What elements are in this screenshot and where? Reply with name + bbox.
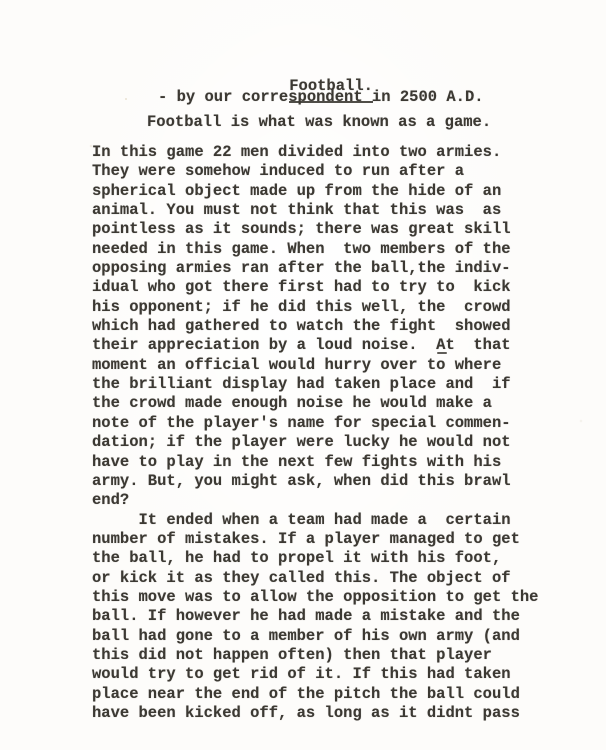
text-line: number of mistakes. If a player managed … bbox=[92, 530, 538, 549]
text-line: opposing armies ran after the ball,the i… bbox=[92, 259, 538, 278]
text-line: the crowd made enough noise he would mak… bbox=[92, 394, 538, 413]
ink-smudge-artifact bbox=[437, 352, 447, 354]
text-line: which had gathered to watch the fight sh… bbox=[92, 317, 538, 336]
paper-specks bbox=[125, 98, 127, 100]
text-line: place near the end of the pitch the ball… bbox=[92, 685, 538, 704]
text-line: this did not happen often) then that pla… bbox=[92, 646, 538, 665]
byline: - by our correspondent in 2500 A.D. bbox=[158, 89, 484, 105]
text-line: It ended when a team had made a certain bbox=[92, 511, 538, 530]
text-line: note of the player's name for special co… bbox=[92, 414, 538, 433]
text-line: end? bbox=[92, 491, 538, 510]
text-line: army. But, you might ask, when did this … bbox=[92, 472, 538, 491]
text-line: animal. You must not think that this was… bbox=[92, 201, 538, 220]
text-line: idual who got there first had to try to … bbox=[92, 278, 538, 297]
subtitle: Football is what was known as a game. bbox=[147, 114, 491, 130]
text-line: pointless as it sounds; there was great … bbox=[92, 220, 538, 239]
text-line: They were somehow induced to run after a bbox=[92, 162, 538, 181]
text-line: moment an official would hurry over to w… bbox=[92, 356, 538, 375]
text-line: their appreciation by a loud noise. At t… bbox=[92, 336, 538, 355]
text-line: his opponent; if he did this well, the c… bbox=[92, 298, 538, 317]
text-line: ball had gone to a member of his own arm… bbox=[92, 627, 538, 646]
text-line: have to play in the next few fights with… bbox=[92, 453, 538, 472]
body-text: In this game 22 men divided into two arm… bbox=[92, 143, 538, 723]
text-line: the ball, he had to propel it with his f… bbox=[92, 549, 538, 568]
text-line: dation; if the player were lucky he woul… bbox=[92, 433, 538, 452]
text-line: In this game 22 men divided into two arm… bbox=[92, 143, 538, 162]
text-line: or kick it as they called this. The obje… bbox=[92, 569, 538, 588]
text-line: needed in this game. When two members of… bbox=[92, 240, 538, 259]
text-line: this move was to allow the opposition to… bbox=[92, 588, 538, 607]
text-line: the brilliant display had taken place an… bbox=[92, 375, 538, 394]
typewritten-page: Football. - by our correspondent in 2500… bbox=[0, 0, 606, 750]
text-line: spherical object made up from the hide o… bbox=[92, 182, 538, 201]
text-line: have been kicked off, as long as it didn… bbox=[92, 704, 538, 723]
text-line: would try to get rid of it. If this had … bbox=[92, 665, 538, 684]
text-line: ball. If however he had made a mistake a… bbox=[92, 607, 538, 626]
